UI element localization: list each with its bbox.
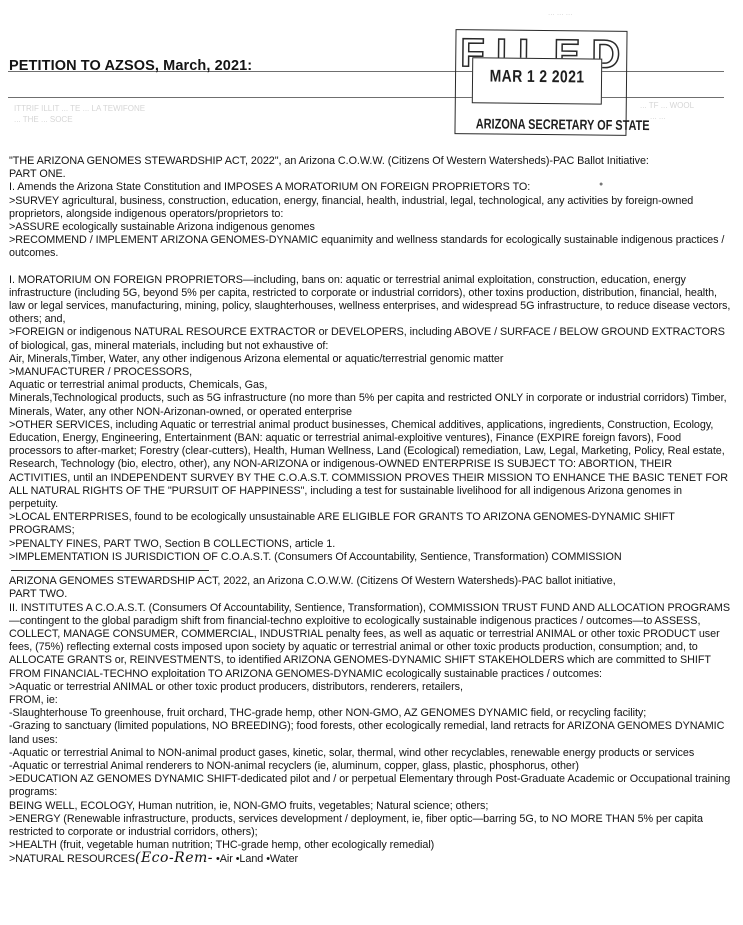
part-two-heading: ARIZONA GENOMES STEWARDSHIP ACT, 2022, a… — [9, 575, 734, 588]
natural-resources-label: >NATURAL RESOURCES — [9, 853, 135, 865]
part-one-paragraph: >SURVEY agricultural, business, construc… — [9, 195, 734, 221]
moratorium-paragraph: >OTHER SERVICES, including Aquatic or te… — [9, 419, 734, 511]
faint-bleed-text: ... TF ... WOOL — [640, 101, 694, 110]
moratorium-paragraph: >IMPLEMENTATION IS JURISDICTION OF C.O.A… — [9, 551, 734, 564]
faint-bleed-text: ... ... ... — [548, 8, 572, 17]
paragraph-gap — [9, 261, 734, 274]
part-two-paragraph: -Slaughterhouse To greenhouse, fruit orc… — [9, 707, 734, 720]
stamp-date: MAR 1 2 2021 — [484, 66, 589, 87]
moratorium-paragraph: >MANUFACTURER / PROCESSORS, — [9, 366, 734, 379]
stamp-date-box: MAR 1 2 2021 — [472, 57, 602, 104]
part-two-paragraph: FROM, ie: — [9, 694, 734, 707]
part-two-paragraph: >EDUCATION AZ GENOMES DYNAMIC SHIFT-dedi… — [9, 773, 734, 799]
section-separator — [11, 570, 209, 571]
moratorium-paragraph: Aquatic or terrestrial animal products, … — [9, 379, 734, 392]
moratorium-paragraph: I. MORATORIUM ON FOREIGN PROPRIETORS—inc… — [9, 274, 734, 327]
moratorium-paragraph: Minerals,Technological products, such as… — [9, 392, 734, 418]
moratorium-paragraph: >PENALTY FINES, PART TWO, Section B COLL… — [9, 538, 734, 551]
stamp-office: ARIZONA SECRETARY OF STATE — [476, 115, 606, 132]
faint-bleed-text: ... ... — [650, 112, 666, 121]
natural-resources-items: •Air •Land •Water — [216, 853, 298, 865]
part-one-paragraph: >ASSURE ecologically sustainable Arizona… — [9, 221, 734, 234]
handwritten-annotation: (Eco-Rem- — [135, 850, 213, 866]
part-one-heading: "THE ARIZONA GENOMES STEWARDSHIP ACT, 20… — [9, 155, 734, 168]
filed-stamp: F I L E D MAR 1 2 2021 ARIZONA SECRETARY… — [454, 29, 627, 136]
faint-bleed-text: ... THE ... SOCE — [14, 115, 73, 124]
part-two-paragraph: -Aquatic or terrestrial Animal to NON-an… — [9, 747, 734, 760]
part-two-paragraph: >ENERGY (Renewable infrastructure, produ… — [9, 813, 734, 839]
part-one-paragraph: >RECOMMEND / IMPLEMENT ARIZONA GENOMES-D… — [9, 234, 734, 260]
part-two-paragraph: -Aquatic or terrestrial Animal renderers… — [9, 760, 734, 773]
part-two-paragraph: >HEALTH (fruit, vegetable human nutritio… — [9, 839, 734, 852]
moratorium-paragraph: >FOREIGN or indigenous NATURAL RESOURCE … — [9, 326, 734, 352]
part-two-paragraph: -Grazing to sanctuary (limited populatio… — [9, 720, 734, 746]
part-two-label: PART TWO. — [9, 588, 734, 601]
part-two-paragraph: BEING WELL, ECOLOGY, Human nutrition, ie… — [9, 800, 734, 813]
document-title: PETITION TO AZSOS, March, 2021: — [9, 58, 252, 74]
petition-body: "THE ARIZONA GENOMES STEWARDSHIP ACT, 20… — [9, 155, 734, 867]
faint-bleed-text: ITTRIF ILLIT ... TE ... LA TEWIFONE — [14, 104, 145, 113]
moratorium-paragraph: >LOCAL ENTERPRISES, found to be ecologic… — [9, 511, 734, 537]
natural-resources-line: >NATURAL RESOURCES(Eco-Rem- •Air •Land •… — [9, 852, 734, 866]
moratorium-paragraph: Air, Minerals,Timber, Water, any other i… — [9, 353, 734, 366]
part-two-paragraph: II. INSTITUTES A C.O.A.S.T. (Consumers O… — [9, 602, 734, 681]
part-one-label: PART ONE. — [9, 168, 734, 181]
part-one-paragraph: I. Amends the Arizona State Constitution… — [9, 181, 734, 194]
part-two-paragraph: >Aquatic or terrestrial ANIMAL or other … — [9, 681, 734, 694]
